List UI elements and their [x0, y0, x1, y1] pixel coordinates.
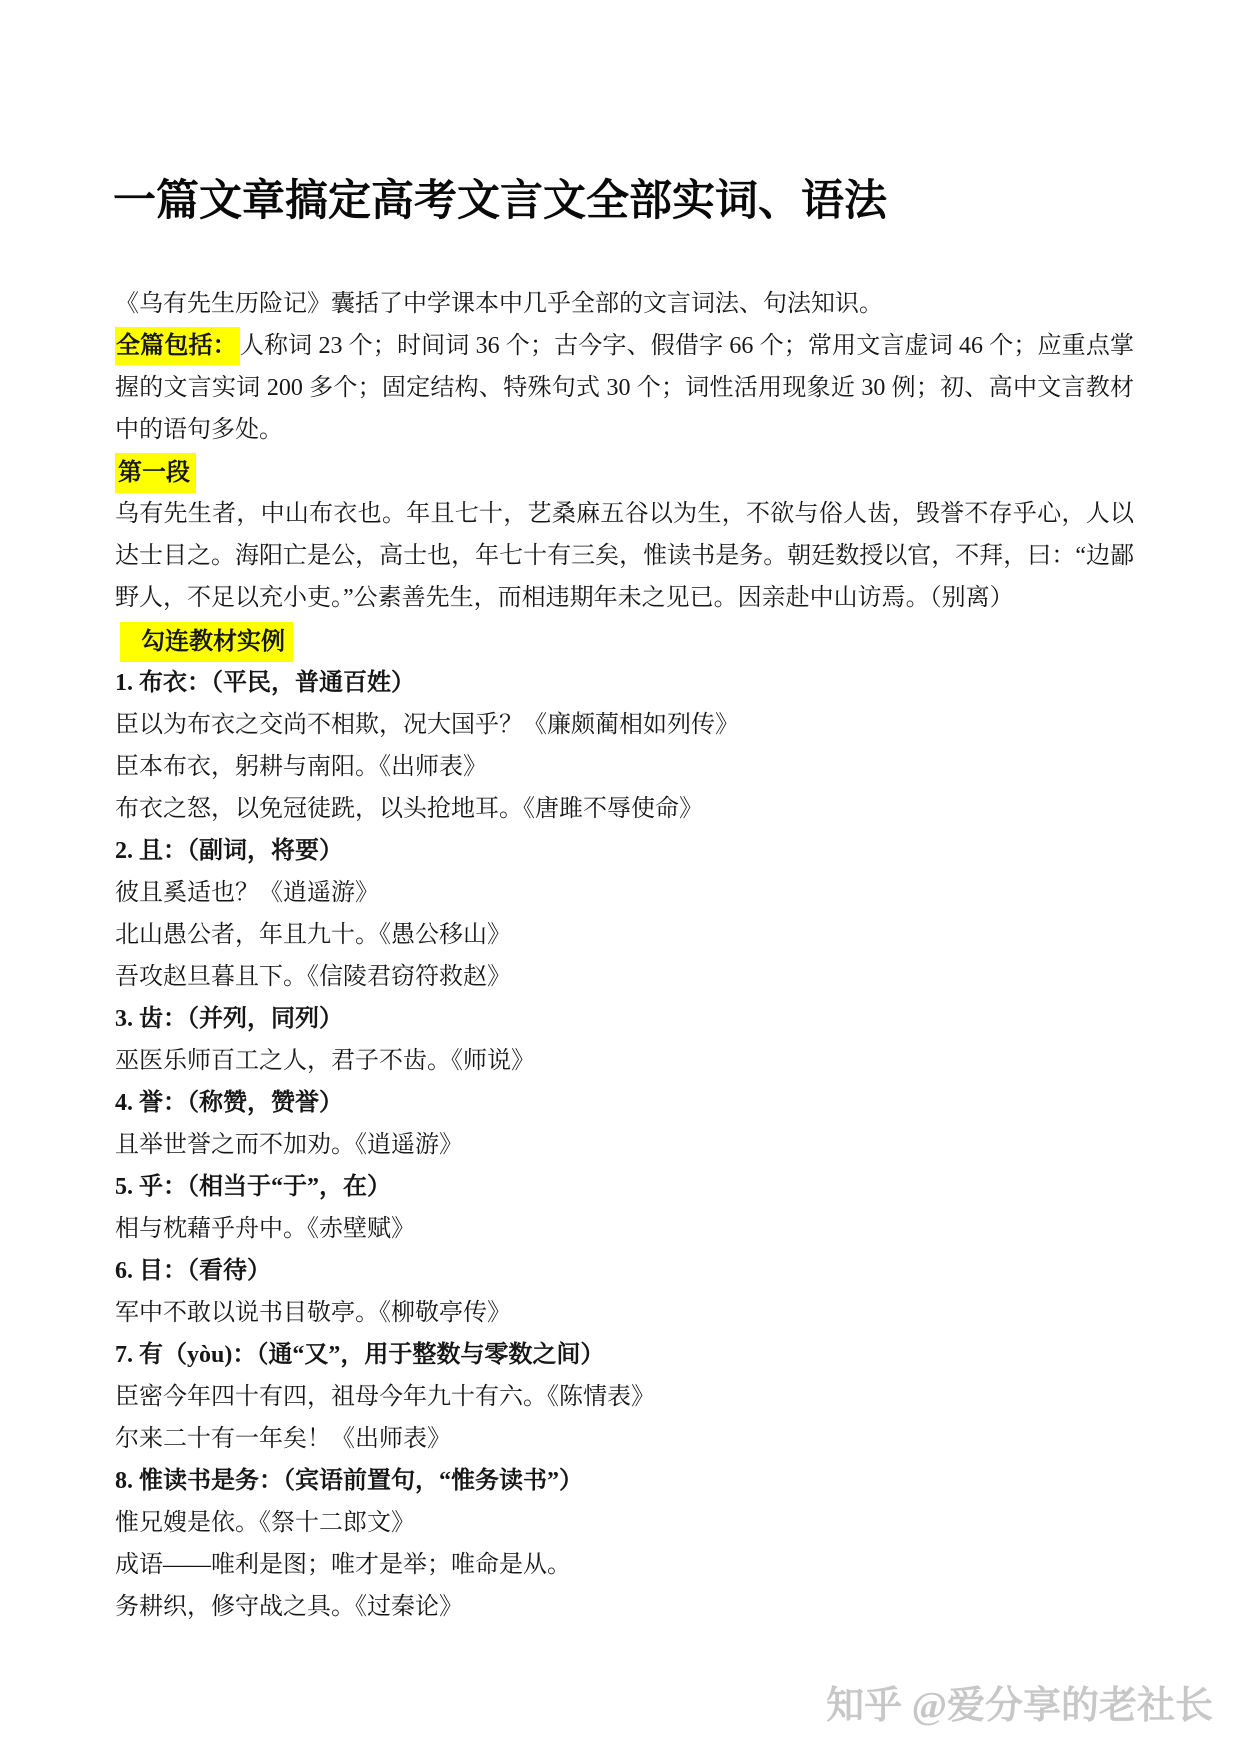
example-term: 6. 目：（看待）: [115, 1250, 1134, 1292]
section1-paragraph: 乌有先生者，中山布衣也。年且七十，艺桑麻五谷以为生，不欲与俗人齿，毁誉不存乎心，…: [115, 493, 1134, 619]
example-line: 尔来二十有一年矣！《出师表》: [115, 1418, 1134, 1460]
examples-heading-row: 勾连教材实例: [115, 619, 1134, 661]
example-term: 2. 且：（副词，将要）: [115, 830, 1134, 872]
document-body: 《乌有先生历险记》囊括了中学课本中几乎全部的文言词法、句法知识。 全篇包括：人称…: [0, 283, 1242, 1628]
example-term: 8. 惟读书是务：（宾语前置句，“惟务读书”）: [115, 1460, 1134, 1502]
example-term: 5. 乎：（相当于“于”，在）: [115, 1166, 1134, 1208]
example-line: 且举世誉之而不加劝。《逍遥游》: [115, 1124, 1134, 1166]
watermark: 知乎 @爱分享的老社长: [826, 1684, 1213, 1728]
example-line: 吾攻赵旦暮且下。《信陵君窃符救赵》: [115, 956, 1134, 998]
summary-highlight-label: 全篇包括：: [115, 327, 240, 365]
example-line: 臣本布衣，躬耕与南阳。《出师表》: [115, 746, 1134, 788]
examples-heading: 勾连教材实例: [120, 622, 293, 662]
example-term: 7. 有（yòu)：（通“又”，用于整数与零数之间）: [115, 1334, 1134, 1376]
example-line: 惟兄嫂是依。《祭十二郎文》: [115, 1502, 1134, 1544]
example-line: 务耕织，修守战之具。《过秦论》: [115, 1586, 1134, 1628]
example-line: 成语——唯利是图；唯才是举；唯命是从。: [115, 1544, 1134, 1586]
example-line: 布衣之怒，以免冠徒跣，以头抢地耳。《唐雎不辱使命》: [115, 788, 1134, 830]
example-term: 3. 齿：（并列，同列）: [115, 998, 1134, 1040]
example-term: 4. 誉：（称赞，赞誉）: [115, 1082, 1134, 1124]
example-line: 军中不敢以说书目敬亭。《柳敬亭传》: [115, 1292, 1134, 1334]
document-page: 一篇文章搞定高考文言文全部实词、语法 《乌有先生历险记》囊括了中学课本中几乎全部…: [0, 0, 1242, 1757]
example-line: 臣密今年四十有四，祖母今年九十有六。《陈情表》: [115, 1376, 1134, 1418]
example-line: 彼且奚适也？《逍遥游》: [115, 872, 1134, 914]
summary-paragraph: 全篇包括：人称词 23 个；时间词 36 个；古今字、假借字 66 个；常用文言…: [115, 325, 1134, 451]
example-line: 相与枕藉乎舟中。《赤壁赋》: [115, 1208, 1134, 1250]
example-term: 1. 布衣：（平民，普通百姓）: [115, 662, 1134, 704]
section1-heading: 第一段: [115, 453, 196, 493]
example-line: 巫医乐师百工之人，君子不齿。《师说》: [115, 1040, 1134, 1082]
section1-heading-row: 第一段: [115, 451, 1134, 493]
example-line: 臣以为布衣之交尚不相欺，况大国乎？《廉颇蔺相如列传》: [115, 704, 1134, 746]
example-line: 北山愚公者，年且九十。《愚公移山》: [115, 914, 1134, 956]
examples-list: 1. 布衣：（平民，普通百姓） 臣以为布衣之交尚不相欺，况大国乎？《廉颇蔺相如列…: [115, 662, 1134, 1628]
page-title: 一篇文章搞定高考文言文全部实词、语法: [0, 0, 1242, 228]
intro-paragraph: 《乌有先生历险记》囊括了中学课本中几乎全部的文言词法、句法知识。: [115, 283, 1134, 325]
summary-text: 人称词 23 个；时间词 36 个；古今字、假借字 66 个；常用文言虚词 46…: [115, 333, 1134, 443]
